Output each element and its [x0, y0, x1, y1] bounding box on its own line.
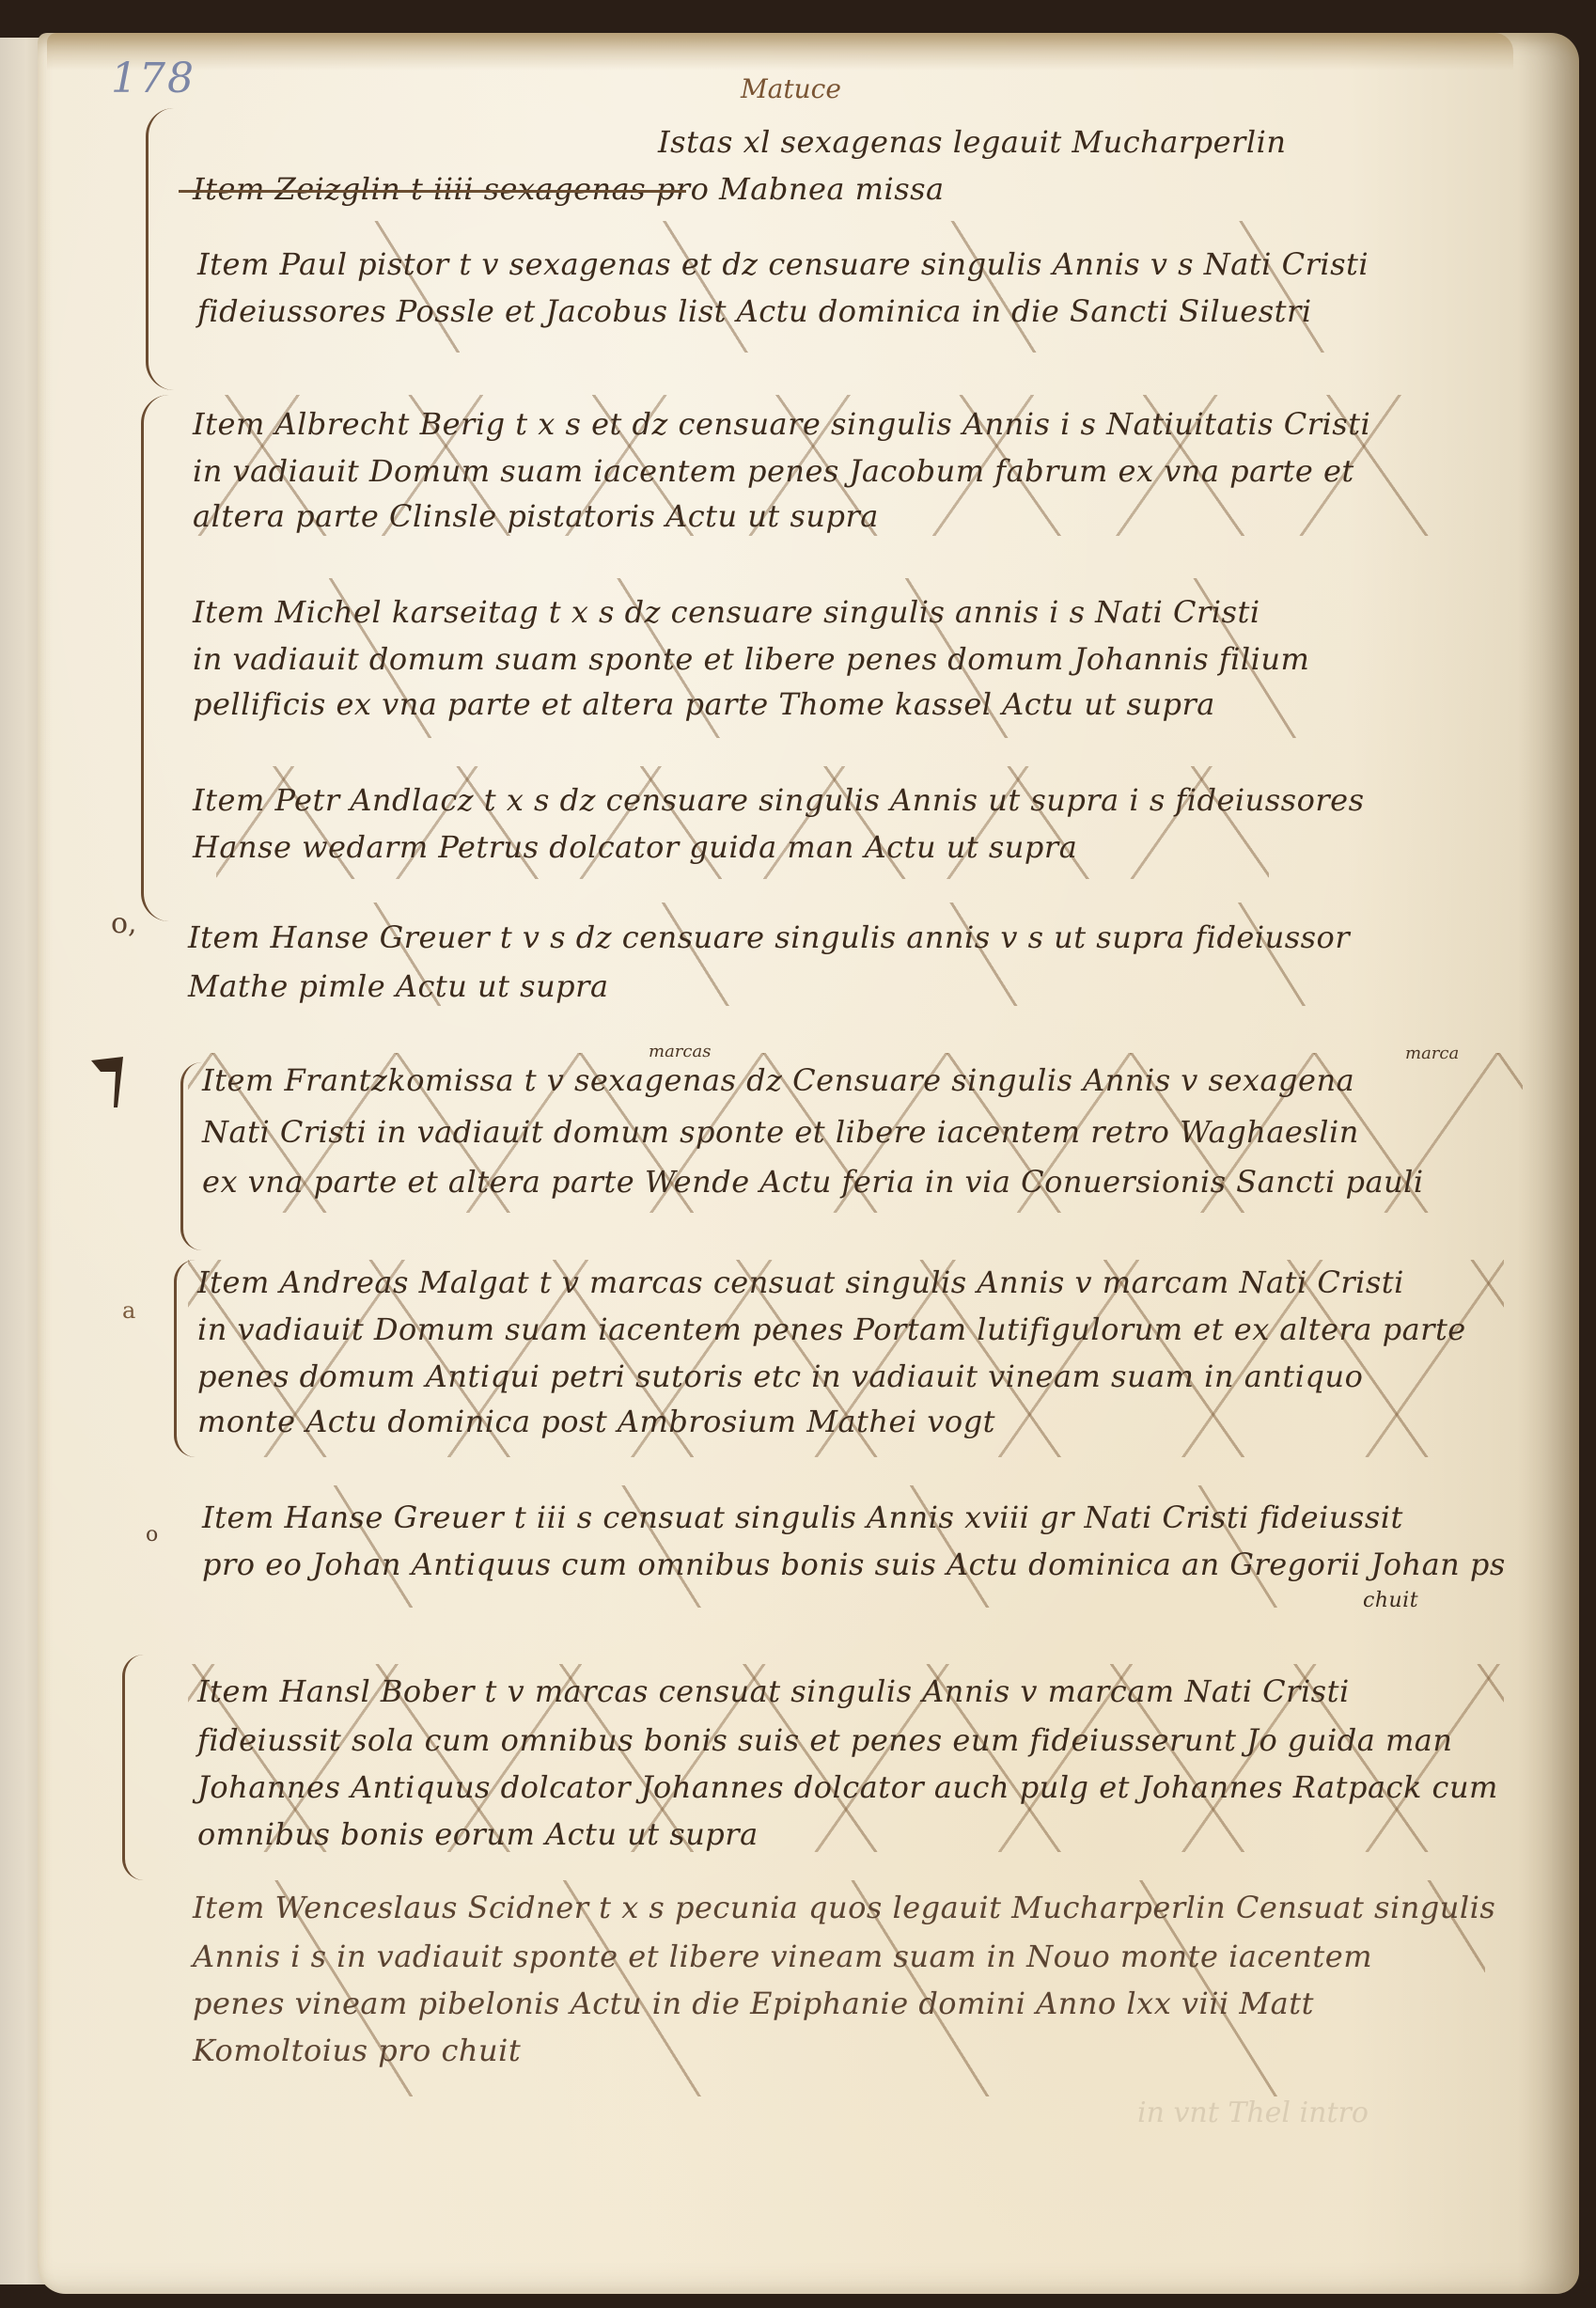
margin-mark: a: [122, 1297, 135, 1324]
margin-bracket: [141, 395, 172, 921]
margin-mark: o: [146, 1523, 158, 1547]
entry-line: Item Michel karseitag t x s dz censuare …: [193, 594, 1260, 630]
bleed-through-text: in vnt Thel intro: [1137, 2096, 1369, 2129]
entry-line: chuit: [1363, 1589, 1418, 1612]
entry-line: Item Frantzkomissa t v sexagenas dz Cens…: [202, 1062, 1354, 1098]
strike-line: [179, 190, 686, 193]
entry-line: Hanse wedarm Petrus dolcator guida man A…: [193, 829, 1077, 865]
folio-number: 178: [111, 55, 196, 102]
entry-line: Nati Cristi in vadiauit domum sponte et …: [202, 1114, 1359, 1150]
entry-line: monte Actu dominica post Ambrosium Mathe…: [197, 1404, 995, 1439]
margin-bracket: [146, 108, 177, 390]
entry-line: Item Hanse Greuer t iii s censuat singul…: [202, 1499, 1403, 1535]
margin-mark: o,: [111, 907, 137, 940]
entry-line: pro eo Johan Antiquus cum omnibus bonis …: [202, 1547, 1506, 1582]
entry-line: Item Hanse Greuer t v s dz censuare sing…: [188, 919, 1350, 955]
entry-line: penes domum Antiqui petri sutoris etc in…: [197, 1358, 1363, 1394]
entry-line: Item Wenceslaus Scidner t x s pecunia qu…: [193, 1890, 1495, 1925]
entry-line: Mathe pimle Actu ut supra: [188, 968, 609, 1004]
entry-line: fideiussit sola cum omnibus bonis suis e…: [197, 1722, 1452, 1758]
pilcrow-icon: [89, 1051, 127, 1117]
entry-line: penes vineam pibelonis Actu in die Epiph…: [193, 1986, 1314, 2021]
margin-bracket: [180, 1062, 202, 1250]
entry-line: pellificis ex vna parte et altera parte …: [193, 686, 1215, 722]
entry-line: Annis i s in vadiauit sponte et libere v…: [193, 1939, 1372, 1974]
entry-line: Johannes Antiquus dolcator Johannes dolc…: [197, 1769, 1498, 1805]
entry-line: ex vna parte et altera parte Wende Actu …: [202, 1164, 1424, 1200]
entry-line: fideiussores Possle et Jacobus list Actu…: [197, 293, 1312, 329]
entry-line: Item Petr Andlacz t x s dz censuare sing…: [193, 782, 1365, 818]
entry-line: Komoltoius pro chuit: [193, 2033, 521, 2068]
interlinear-note: marca: [1405, 1044, 1459, 1063]
entry-line: in vadiauit Domum suam iacentem penes Ja…: [193, 453, 1354, 489]
entry-line: Item Albrecht Berig t x s et dz censuare…: [193, 406, 1370, 442]
entry-line: Item Hansl Bober t v marcas censuat sing…: [197, 1673, 1350, 1709]
entry-line: omnibus bonis eorum Actu ut supra: [197, 1816, 759, 1852]
entry-line: Item Andreas Malgat t v marcas censuat s…: [197, 1264, 1404, 1300]
page-header: Matuce: [741, 73, 841, 104]
entry-line: Istas xl sexagenas legauit Mucharperlin: [658, 124, 1286, 160]
margin-bracket: [174, 1260, 196, 1457]
water-stain: [47, 33, 1513, 71]
interlinear-note: marcas: [649, 1042, 711, 1061]
entry-line: Item Paul pistor t v sexagenas et dz cen…: [197, 246, 1369, 282]
margin-bracket: [122, 1655, 144, 1880]
entry-line: Item Zeizglin t iiii sexagenas pro Mabne…: [193, 171, 945, 207]
entry-line: in vadiauit domum suam sponte et libere …: [193, 641, 1309, 677]
entry-line: altera parte Clinsle pistatoris Actu ut …: [193, 498, 879, 534]
entry-line: in vadiauit Domum suam iacentem penes Po…: [197, 1311, 1466, 1347]
